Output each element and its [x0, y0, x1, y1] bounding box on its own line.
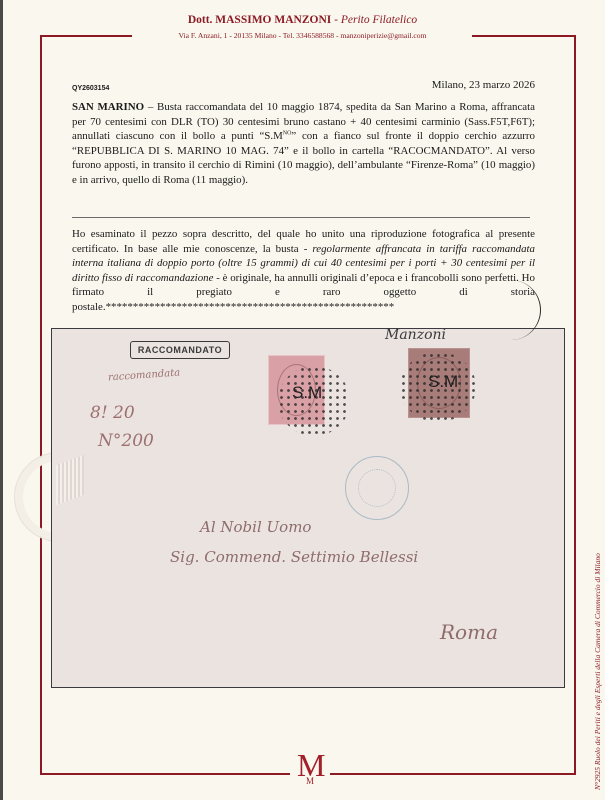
scan-edge — [0, 0, 3, 800]
opinion-paragraph: Ho esaminato il pezzo sopra descritto, d… — [72, 227, 535, 315]
cancel-text: S.M — [428, 372, 458, 392]
logo-monogram: M M — [297, 748, 323, 788]
description-lead: SAN MARINO — [72, 101, 144, 113]
expert-address: Via F. Anzani, 1 - 20135 Milano - Tel. 3… — [0, 31, 605, 40]
registered-handstamp: RACCOMANDATO — [130, 341, 230, 359]
certificate-id: QY2603154 — [72, 85, 109, 92]
logo-letter-small: M — [306, 776, 314, 786]
expert-heading: Dott. MASSIMO MANZONI - Perito Filatelic… — [0, 14, 605, 26]
postmark-inner-ring — [358, 469, 396, 507]
description-paragraph: SAN MARINO – Busta raccomandata del 10 m… — [72, 100, 535, 188]
address-city: Roma — [440, 620, 498, 644]
handwritten-number: N°200 — [98, 431, 154, 451]
expert-role: Perito Filatelico — [341, 14, 417, 26]
registry-note: N°2925 Ruolo dei Periti e degli Esperti … — [593, 553, 602, 790]
handwritten-weight: 8! 20 — [90, 403, 135, 423]
expert-name: Dott. MASSIMO MANZONI — [188, 14, 331, 26]
place-date: Milano, 23 marzo 2026 — [432, 79, 535, 91]
separator: - — [331, 14, 341, 26]
double-circle-postmark — [345, 456, 409, 520]
address-line-1: Al Nobil Uomo — [200, 518, 311, 536]
address-line-2: Sig. Commend. Settimio Bellessi — [170, 548, 418, 566]
cancel-text: S.M — [292, 383, 322, 403]
expert-signature: Manzoni — [385, 327, 446, 343]
section-divider — [72, 217, 530, 218]
